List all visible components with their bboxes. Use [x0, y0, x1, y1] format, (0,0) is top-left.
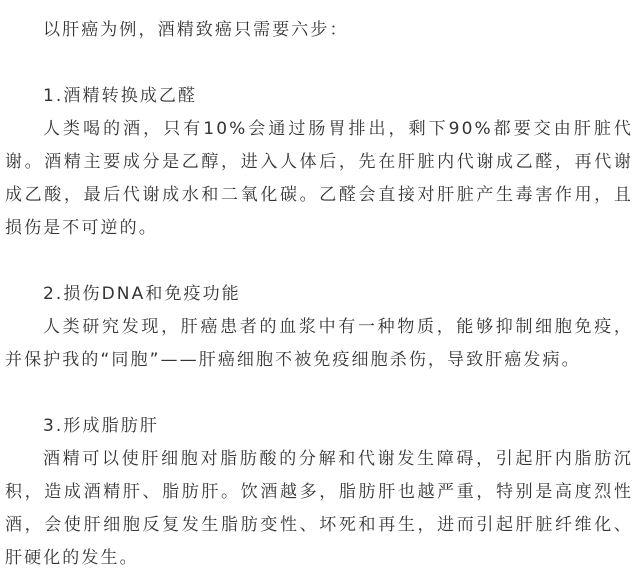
spacer [5, 377, 633, 410]
article-body: 以肝癌为例，酒精致癌只需要六步： 1.酒精转换成乙醛 人类喝的酒，只有10%会通… [0, 0, 638, 575]
intro-paragraph: 以肝癌为例，酒精致癌只需要六步： [5, 14, 633, 47]
section-body-3: 酒精可以使肝细胞对脂肪酸的分解和代谢发生障碍，引起肝内脂肪沉积，造成酒精肝、脂肪… [5, 443, 633, 575]
spacer [5, 245, 633, 278]
section-heading-2: 2.损伤DNA和免疫功能 [5, 278, 633, 311]
section-body-1: 人类喝的酒，只有10%会通过肠胃排出，剩下90%都要交由肝脏代谢。酒精主要成分是… [5, 113, 633, 245]
spacer [5, 47, 633, 80]
section-body-2: 人类研究发现，肝癌患者的血浆中有一种物质，能够抑制细胞免疫，并保护我的“同胞”—… [5, 311, 633, 377]
section-heading-3: 3.形成脂肪肝 [5, 410, 633, 443]
section-heading-1: 1.酒精转换成乙醛 [5, 80, 633, 113]
